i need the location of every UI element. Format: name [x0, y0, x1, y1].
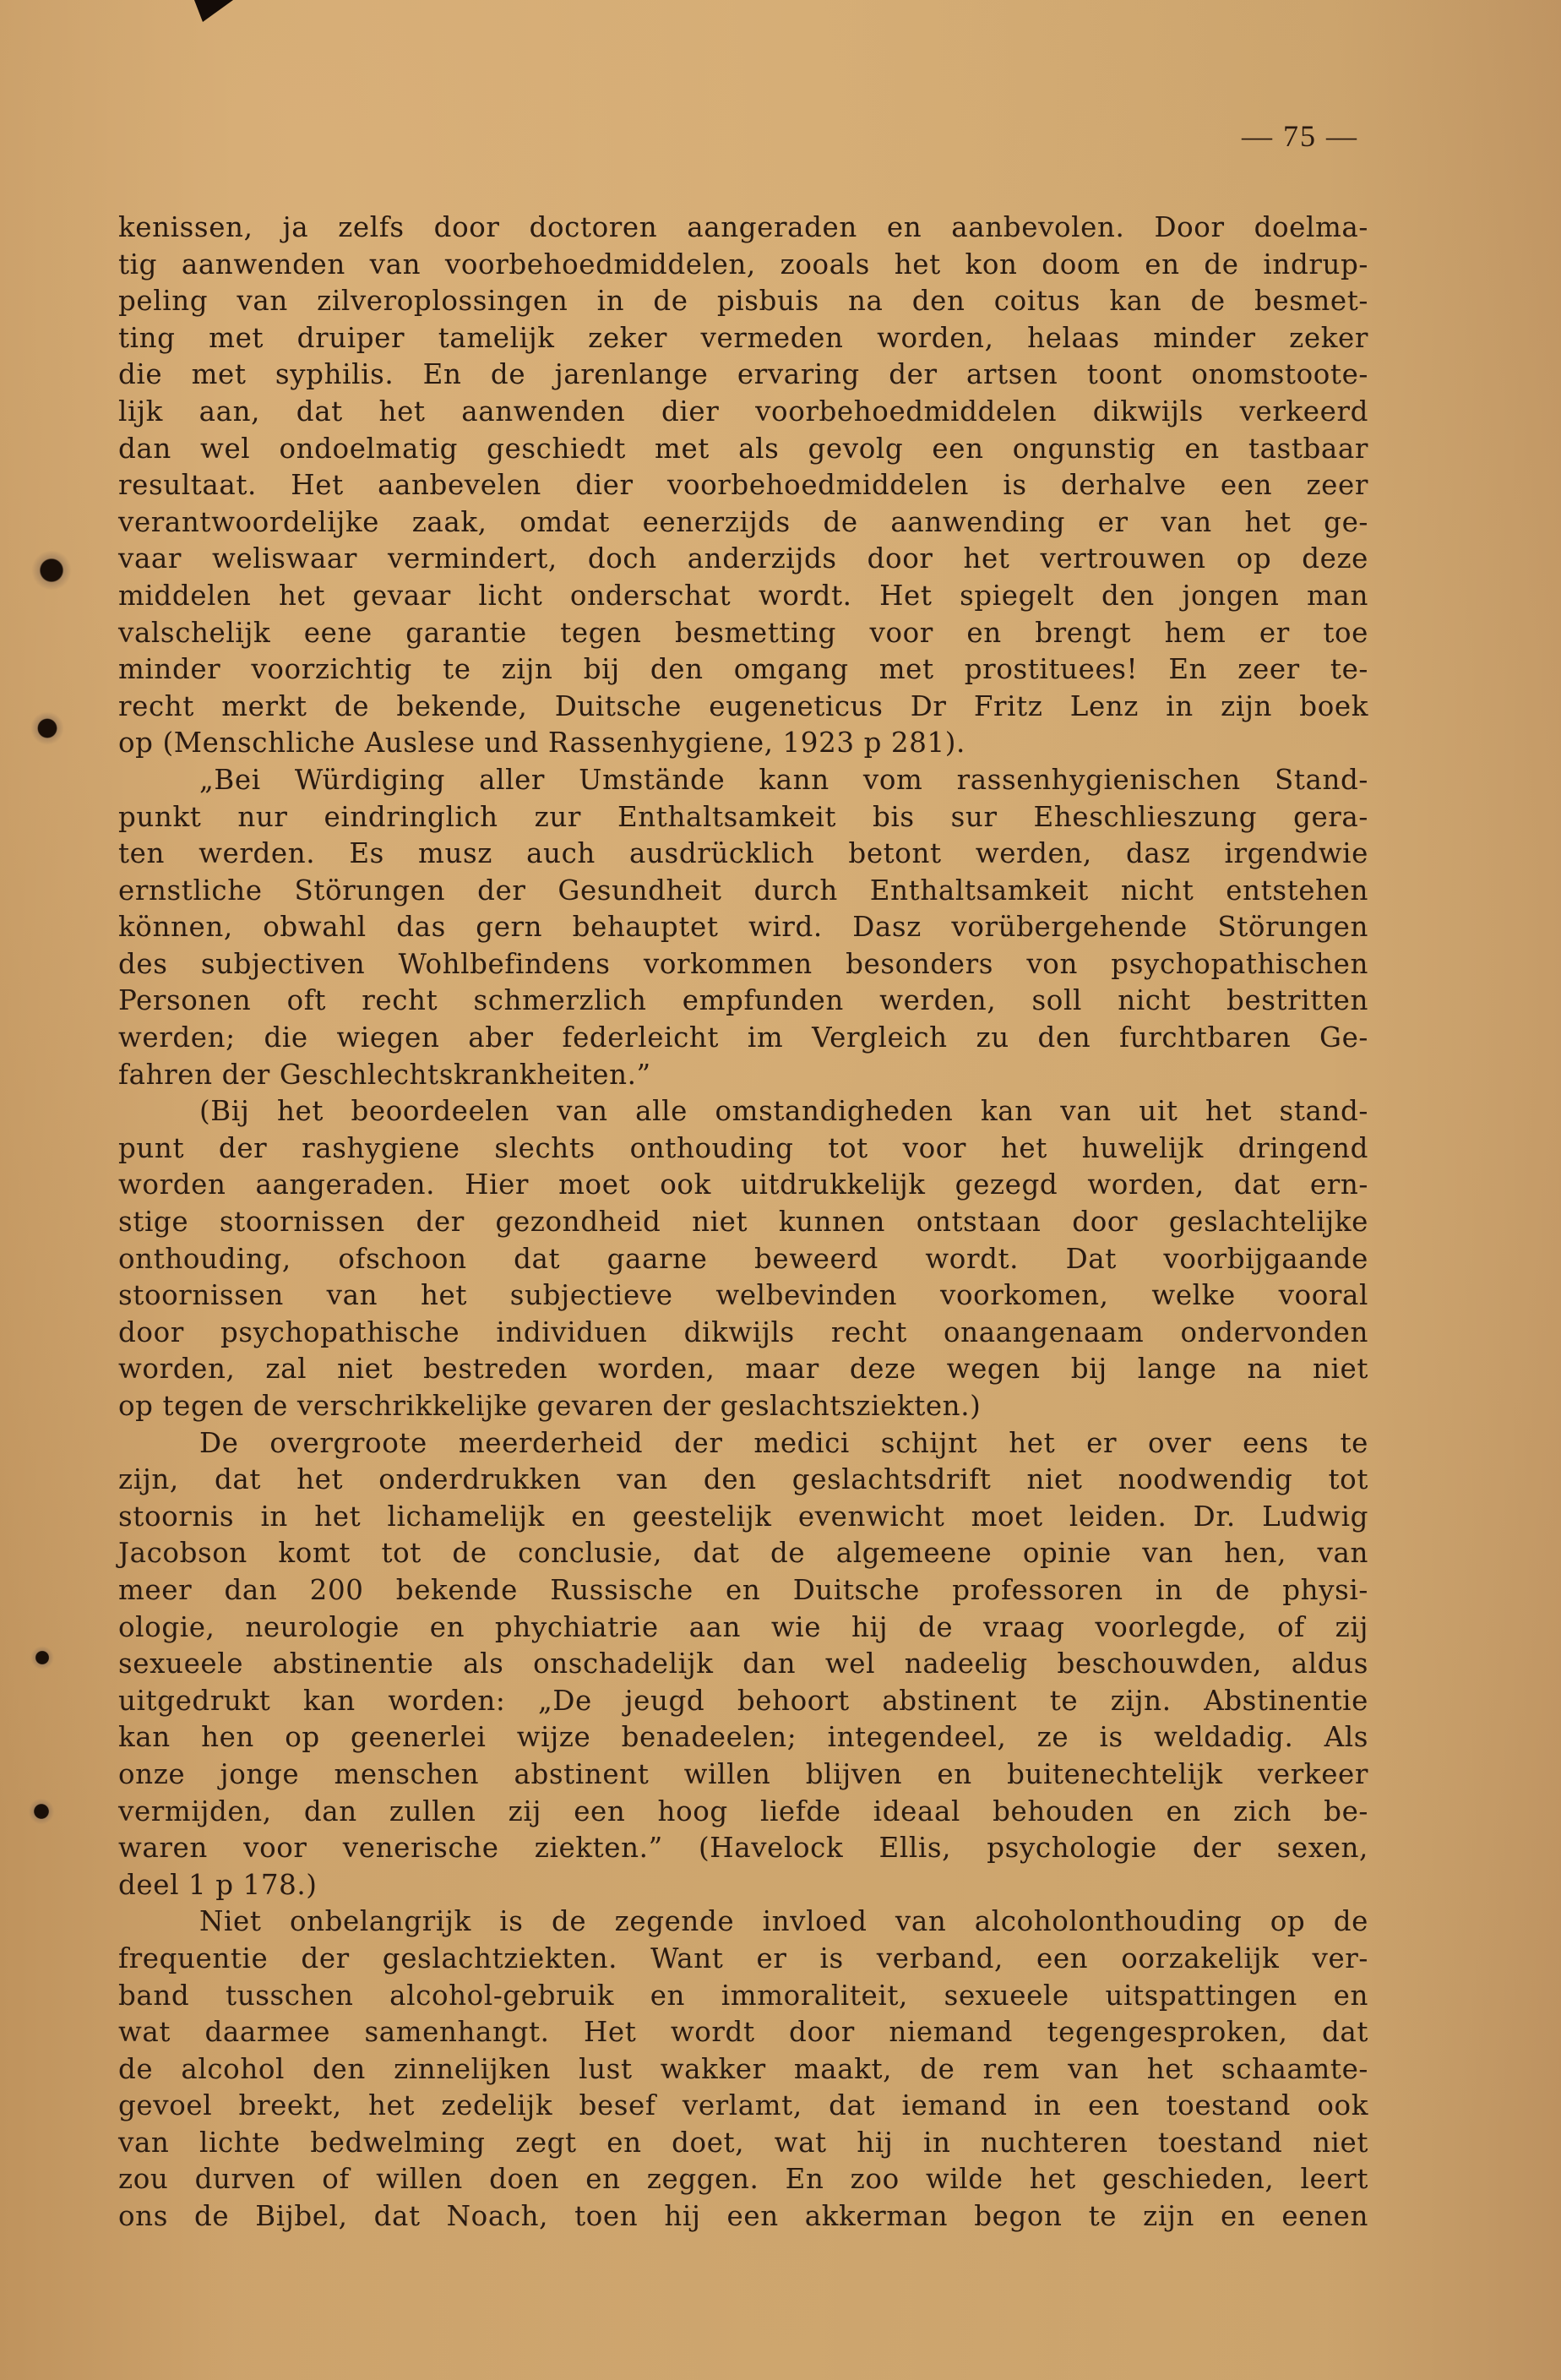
text-line: zou durven of willen doen en zeggen. En … — [118, 2161, 1368, 2198]
text-line: ons de Bijbel, dat Noach, toen hij een a… — [118, 2198, 1368, 2236]
text-line: onthouding, ofschoon dat gaarne beweerd … — [118, 1241, 1368, 1278]
text-line: verantwoordelijke zaak, omdat eenerzijds… — [118, 504, 1368, 542]
text-line: resultaat. Het aanbevelen dier voorbehoe… — [118, 467, 1368, 504]
text-line: onze jonge menschen abstinent willen bli… — [118, 1756, 1368, 1794]
text-line: vaar weliswaar vermindert, doch anderzij… — [118, 541, 1368, 578]
text-line: band tusschen alcohol-gebruik en immoral… — [118, 1978, 1368, 2015]
text-line: Niet onbelangrijk is de zegende invloed … — [118, 1903, 1368, 1941]
paragraph: „Bei Würdiging aller Umstände kann vom r… — [118, 762, 1368, 1093]
text-line: peling van zilveroplossingen in de pisbu… — [118, 283, 1368, 320]
text-line: deel 1 p 178.) — [118, 1867, 1368, 1904]
text-line: ting met druiper tamelijk zeker vermeden… — [118, 320, 1368, 357]
page-body: kenissen, ja zelfs door doctoren aangera… — [118, 210, 1368, 2236]
text-line: ten werden. Es musz auch ausdrücklich be… — [118, 836, 1368, 873]
text-line: worden, zal niet bestreden worden, maar … — [118, 1351, 1368, 1388]
text-line: zijn, dat het onderdrukken van den gesla… — [118, 1462, 1368, 1499]
text-line: dan wel ondoelmatig geschiedt met als ge… — [118, 431, 1368, 468]
text-line: ologie, neurologie en phychiatrie aan wi… — [118, 1609, 1368, 1647]
paragraph: kenissen, ja zelfs door doctoren aangera… — [118, 210, 1368, 762]
text-line: uitgedrukt kan worden: „De jeugd behoort… — [118, 1683, 1368, 1720]
text-line: stoornissen van het subjectieve welbevin… — [118, 1277, 1368, 1315]
text-line: van lichte bedwelming zegt en doet, wat … — [118, 2125, 1368, 2162]
text-line: meer dan 200 bekende Russische en Duitsc… — [118, 1572, 1368, 1609]
text-line: frequentie der geslachtziekten. Want er … — [118, 1941, 1368, 1978]
text-line: recht merkt de bekende, Duitsche eugenet… — [118, 689, 1368, 726]
text-line: werden; die wiegen aber federleicht im V… — [118, 1020, 1368, 1057]
text-line: valschelijk eene garantie tegen besmetti… — [118, 615, 1368, 652]
text-line: des subjectiven Wohlbefindens vorkommen … — [118, 946, 1368, 983]
text-line: ernstliche Störungen der Gesundheit durc… — [118, 873, 1368, 910]
text-line: tig aanwenden van voorbehoedmiddelen, zo… — [118, 247, 1368, 284]
text-line: „Bei Würdiging aller Umstände kann vom r… — [118, 762, 1368, 799]
text-line: lijk aan, dat het aanwenden dier voorbeh… — [118, 394, 1368, 431]
text-line: waren voor venerische ziekten.” (Haveloc… — [118, 1830, 1368, 1867]
text-line: De overgroote meerderheid der medici sch… — [118, 1425, 1368, 1462]
text-line: kenissen, ja zelfs door doctoren aangera… — [118, 210, 1368, 247]
text-line: op (Menschliche Auslese und Rassenhygien… — [118, 725, 1368, 762]
paragraph: De overgroote meerderheid der medici sch… — [118, 1425, 1368, 1904]
text-line: wat daarmee samenhangt. Het wordt door n… — [118, 2014, 1368, 2051]
corner-tear — [194, 0, 233, 22]
page-number: — 75 — — [1242, 118, 1358, 154]
paragraph: Niet onbelangrijk is de zegende invloed … — [118, 1903, 1368, 2235]
text-line: Personen oft recht schmerzlich empfunden… — [118, 983, 1368, 1020]
text-line: können, obwahl das gern behauptet wird. … — [118, 909, 1368, 946]
text-line: vermijden, dan zullen zij een hoog liefd… — [118, 1794, 1368, 1831]
text-line: die met syphilis. En de jarenlange ervar… — [118, 357, 1368, 394]
text-line: stige stoornissen der gezondheid niet ku… — [118, 1204, 1368, 1241]
text-line: (Bij het beoordeelen van alle omstandigh… — [118, 1093, 1368, 1130]
binding-hole-2 — [30, 711, 64, 745]
text-line: de alcohol den zinnelijken lust wakker m… — [118, 2051, 1368, 2089]
text-line: kan hen op geenerlei wijze benadeelen; i… — [118, 1719, 1368, 1756]
text-line: door psychopathische individuen dikwijls… — [118, 1315, 1368, 1352]
text-line: stoornis in het lichamelijk en geestelij… — [118, 1499, 1368, 1536]
binding-hole-3 — [30, 1646, 54, 1669]
text-line: sexueele abstinentie als onschadelijk da… — [118, 1646, 1368, 1683]
text-line: Jacobson komt tot de conclusie, dat de a… — [118, 1535, 1368, 1572]
text-line: gevoel breekt, het zedelijk besef verlam… — [118, 2088, 1368, 2125]
text-line: middelen het gevaar licht onderschat wor… — [118, 578, 1368, 615]
text-line: punkt nur eindringlich zur Enthaltsamkei… — [118, 799, 1368, 836]
text-line: op tegen de verschrikkelijke gevaren der… — [118, 1388, 1368, 1425]
binding-hole-1 — [30, 551, 73, 590]
text-line: minder voorzichtig te zijn bij den omgan… — [118, 651, 1368, 689]
text-line: worden aangeraden. Hier moet ook uitdruk… — [118, 1167, 1368, 1204]
paragraph: (Bij het beoordeelen van alle omstandigh… — [118, 1093, 1368, 1424]
text-line: fahren der Geschlechtskrankheiten.” — [118, 1057, 1368, 1094]
text-line: punt der rashygiene slechts onthouding t… — [118, 1130, 1368, 1168]
binding-hole-4 — [29, 1798, 54, 1825]
